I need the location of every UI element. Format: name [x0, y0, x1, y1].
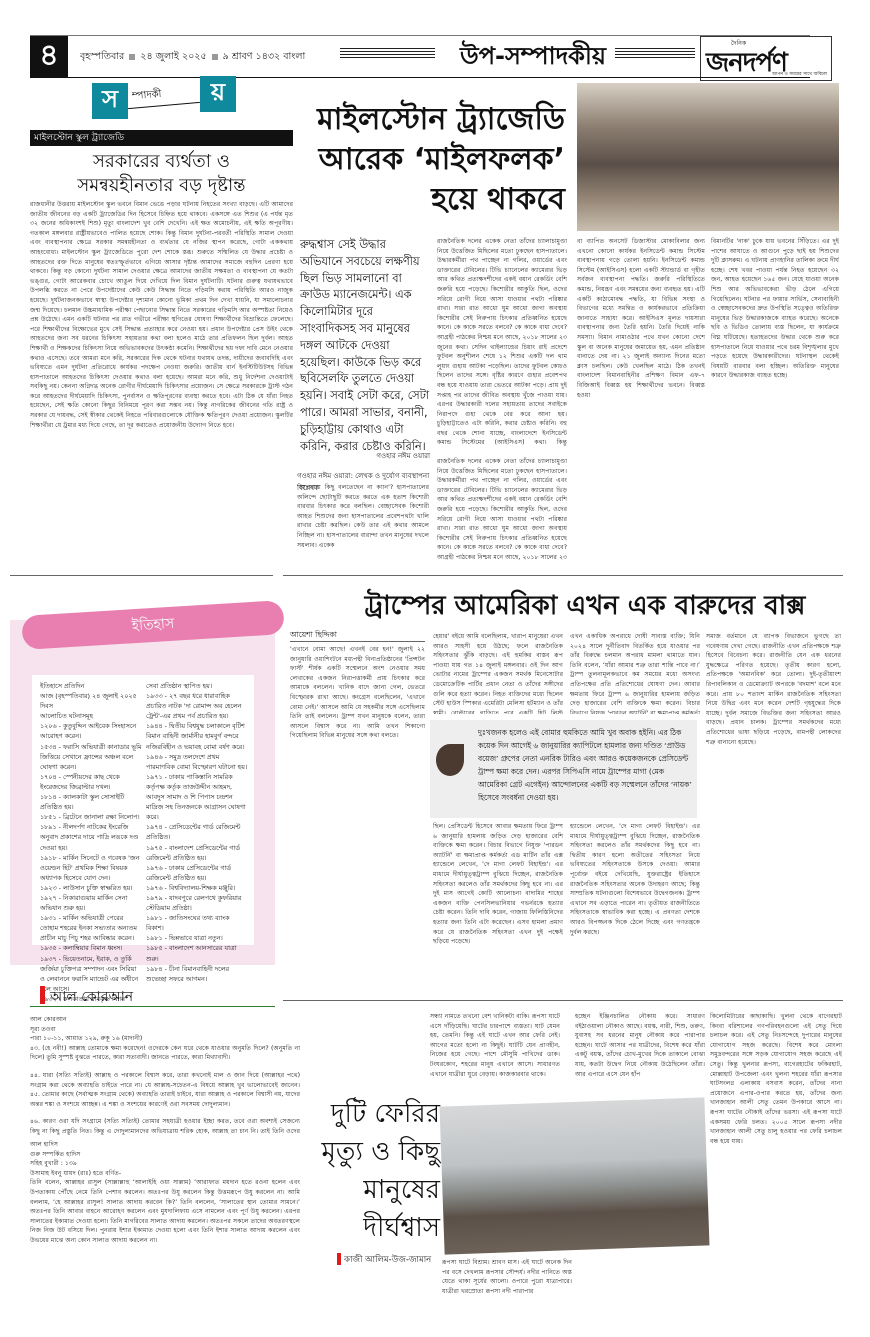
section-title: উপ-সম্পাদকীয়: [460, 38, 606, 78]
history-entry: ১৯৮১ - ভিন্নভাবে যাত্রা নতুন।: [146, 933, 249, 943]
history-entry: ১৯৭৬ - বিশ্ববিদ্যালয়-শিক্ষক মঞ্জুরি।: [146, 883, 249, 893]
date-bangla: ৯ শ্রাবণ ১৪৩২ বাংলা: [223, 51, 306, 62]
ferry-headline-line1: দুটি ফেরির: [300, 1095, 440, 1133]
history-column-1: ইতিহাসে প্রতিদিনআজ (বৃহস্পতিবার) ২৪ জুলা…: [40, 681, 143, 1004]
history-entry: ১৯৩৫ - কলাম্বিয়ার বিমান ধ্বংস।: [40, 943, 143, 953]
hadith-line: তিনি বলেন, আল্লাহর রাসুল (সাল্লাল্লাহু ‘…: [30, 1178, 300, 1245]
hadith-line: উসামাহ ইবনু যায়দ (রাঃ) হতে বর্ণিত-: [30, 1169, 300, 1179]
ferry-headline: দুটি ফেরির মৃত্যু ও কিছু মানুষের দীর্ঘশ্…: [300, 1095, 440, 1247]
history-entry: ১৯১৮ - মার্কিন সিনেটে ও গবেষক 'জন ওয়েল্…: [40, 853, 143, 883]
quran-red-marker: [40, 986, 45, 1004]
history-entry: ১৯৩৩ - ২৭ বছর ধরে ধারাবাহিক প্রচারিত নাট…: [146, 691, 249, 721]
history-inner: ইতিহাসে প্রতিদিনআজ (বৃহস্পতিবার) ২৪ জুলা…: [32, 675, 254, 945]
editorial-body: রাজধানীর উত্তরায় মাইলস্টোন স্কুল ভবনে ব…: [30, 200, 293, 553]
history-entry: ইতিহাসে প্রতিদিন: [40, 681, 143, 691]
hadith-line: গুরু সম্পর্কিত হাদিস: [30, 1150, 300, 1160]
crash-site-photo: [577, 83, 839, 231]
trump-quote-text: দুঃখজনক হলেও এই বোমার হুমকিতে আমি খুব অব…: [478, 726, 693, 804]
ferry-column-2: হচ্ছেন ইঞ্জিনচালিত নৌকায় করে। সাধারণ বই…: [575, 1012, 705, 1094]
feature-bottom-rule: [283, 575, 843, 576]
separator-square-icon: [212, 54, 218, 60]
quran-line: পারা ১০-১১, আয়াত ১২৯, রুকূ ১৬ (মাদানী): [30, 1034, 300, 1044]
history-entry: ১৯৪৪ - দ্বিতীয় বিশ্বযুদ্ধ চলাকালে বৃটিশ…: [146, 721, 249, 751]
hadith-line: আল হাদিস: [30, 1140, 300, 1150]
history-entry: সেবা প্রতিষ্ঠান স্থাপিত হয়।: [146, 681, 249, 691]
header-stripes-left: [340, 48, 435, 58]
feature-column-4: বিমানটির 'নাক' ঢুকে যায় ভবনের সিঁড়িতে।…: [711, 237, 839, 562]
trump-column-3: এখন একাধিক অপরাধে দোষী সাব্যস্ত ব্যক্তি;…: [570, 632, 700, 714]
history-entry: আজ (বৃহস্পতিবার) ২৪ জুলাই ২০২৫ দিবস: [40, 691, 143, 711]
history-entry: ১৮১৪ - ক্যালকাটা স্কুল সোসাইটি প্রতিষ্ঠি…: [40, 792, 143, 812]
history-entry: ১৯৪৬ - সমুদ্র তলদেশে প্রথম পারমাণবিক বোম…: [146, 752, 249, 772]
editorial-bottom-rule: [10, 575, 273, 576]
trump-column-4: সমাজ বর্তমানে যে ব্যাপক বিভাজনে ভুগছে তা…: [706, 632, 841, 987]
pull-quote-byline: গওহার নঈম ওয়ারা: [300, 450, 430, 462]
ferry-byline-marker: [337, 1253, 341, 1265]
feature-headline-line2: আরেক ‘মাইলফলক’: [300, 140, 565, 180]
history-entry: ১৮৯১ - নীলদর্পণ নাটকের ইংরেজি অনুবাদ প্র…: [40, 822, 143, 852]
header-bottom-rule: [30, 77, 810, 78]
editorial-badge-left: স: [92, 83, 128, 119]
history-box: ইতিহাস ইতিহাসে প্রতিদিনআজ (বৃহস্পতিবার) …: [10, 620, 275, 965]
history-entry: ১৮৫১ - ব্রিটেনে জানালা রক্ষা নিলোপ।: [40, 812, 143, 822]
feature-column-3: বা ব্যাপিত অনসেট ডিজাস্টার মোকাবিলার জন্…: [577, 237, 705, 562]
quran-line: আল কোরআন: [30, 1015, 300, 1025]
trump-column-5: ছিল। প্রেসিডেন্ট হিসেবে আবার ক্ষমতায় ফি…: [433, 822, 563, 987]
quran-line: ৪৩. (হে নবী!) আল্লাহ তোমাকে ক্ষমা করেছেন…: [30, 1044, 300, 1063]
ferry-column-1: সন্ধ্যা নামতে তখনো বেশ খানিকটা বাকি। রূপ…: [430, 1012, 560, 1092]
editorial-kicker: মাইলস্টোন স্কুল ট্র্যাজেডি: [30, 130, 293, 146]
trump-byline-rule: [290, 641, 425, 642]
history-entry: ১৫৩৪ - ফরাসি অভিযাত্রী কানাডার ভূমি জিত্…: [40, 742, 143, 772]
history-entry: ১৯৭৬ - ঢাকায় প্রেসিডেন্টের গার্ড রেজিমে…: [146, 863, 249, 883]
history-entry: ১২০৬ - কুতুবুদ্দিন আইবেক সিংহাসনে আরোহণ …: [40, 721, 143, 741]
separator-square-icon: [129, 54, 135, 60]
history-entry: ১৯২৭ - নিকারাগুয়ায় মার্কিন সেনা অভিযান…: [40, 893, 143, 913]
history-entry: ১৭০৪ - স্পেনীয়দের কাছ থেকে ইংরেজদের জিব…: [40, 772, 143, 792]
trump-column-2: হেয়ার' বইয়ে আমি বলেছিলাম, খারাপ মানুষে…: [433, 632, 563, 714]
day: বৃহস্পতিবার: [80, 51, 124, 62]
masthead-logo[interactable]: দৈনিক জনদর্পণ আপন ও সময়ের সাথে অবিচল: [700, 36, 832, 81]
ferry-headline-line4: দীর্ঘশ্বাস: [300, 1209, 440, 1247]
date-english: ২৪ জুলাই ২০২৫: [140, 51, 206, 62]
history-entry: ১৯৩১ - মার্কিন অভিযাত্রী পেরের তোহাম শহর…: [40, 913, 143, 943]
feature-pull-quote: রুদ্ধশ্বাস সেই উদ্ধার অভিযানে সবচেয়ে লক…: [300, 237, 430, 447]
feature-headline-line3: হয়ে থাকবে: [300, 180, 565, 220]
editorial-badge-right: য়: [200, 76, 236, 112]
quran-line: ৪৪. যারা (সত্যি সত্যিই) আল্লাহ ও পরকালে …: [30, 1071, 300, 1109]
header-top-rule: [30, 35, 810, 36]
editorial-headline: সরকারের ব্যর্থতা ও সমন্বয়হীনতার বড় দৃষ…: [30, 150, 293, 198]
history-entry: ১৯৭৯ - যাদবপুরে রেলপথে কুফরিয়ার স্টেডিয…: [146, 893, 249, 913]
logo-text: জনদর্পণ: [706, 42, 787, 86]
editorial-headline-line1: সরকারের ব্যর্থতা ও: [30, 150, 293, 174]
history-banner: ইতিহাস: [21, 600, 285, 650]
feature-column-2: রাজনৈতিক দলের একেক নেতা তাঁদের চ্যালাচাম…: [437, 237, 567, 447]
quran-line: ৪৬. কারণ ওরা যদি সংগ্রামে (সত্যি সত্যিই)…: [30, 1117, 300, 1135]
trump-pull-quote: দুঃখজনক হলেও এই বোমার হুমকিতে আমি খুব অব…: [430, 720, 697, 818]
ferry-byline: কাজী আলিম-উজ-জামান: [344, 1253, 431, 1267]
history-entry: ১৯৭৪ - প্রেসিডেন্টের গার্ড রেজিমেন্ট প্র…: [146, 822, 249, 842]
hadith-line: সহিহ বুখারী : ১৩৯: [30, 1159, 300, 1169]
history-entry: আলোচিত ঘটনাসমূহ: [40, 711, 143, 721]
history-entry: ১৯২৩ - লাউসান চুক্তি স্বাক্ষরিত হয়।: [40, 883, 143, 893]
quote-mark-icon: [436, 744, 464, 776]
history-entry: ১৯৭৫ - বাংলাদেশ প্রেসিডেন্টের গার্ড রেজি…: [146, 843, 249, 863]
ferry-photo: [439, 1097, 709, 1254]
header-stripes-right: [615, 48, 695, 58]
ferry-caption: রূপসা ঘাটে বিশ্রাম। শ্রাবণ মাস। এই ঘাটে …: [442, 1258, 572, 1318]
trump-bottom-rule: [283, 1000, 843, 1001]
feature-column-2b: রাজনৈতিক দলের একেক নেতা তাঁদের চ্যালাচাম…: [437, 457, 567, 562]
editorial-badge-mid: ম্পাদকী: [131, 87, 162, 106]
quran-line: সূরা তওবা: [30, 1025, 300, 1035]
history-entry: ১৯৭১ - ঢাকায় পাকিস্তানি সামরিক কর্তৃপক্…: [146, 772, 249, 822]
history-entry: ১৯৮৪ - চীনা বিমানবাহিনী দলের শুভেচ্ছা সফ…: [146, 964, 249, 984]
page-number: ৪: [30, 35, 68, 77]
trump-headline: ট্রাম্পের আমেরিকা এখন এক বারুদের বাক্স: [325, 585, 845, 629]
feature-headline-line1: মাইলস্টোন ট্র্যাজেডি: [300, 100, 565, 140]
feature-headline: মাইলস্টোন ট্র্যাজেডি আরেক ‘মাইলফলক’ হয়ে…: [300, 100, 565, 220]
history-column-2: সেবা প্রতিষ্ঠান স্থাপিত হয়।১৯৩৩ - ২৭ বছ…: [146, 681, 249, 984]
editorial-headline-line2: সমন্বয়হীনতার বড় দৃষ্টান্ত: [30, 174, 293, 198]
feature-column-1: 'আপনারা কিছু বলতেছেন না ক্যান'? হাসপাতাল…: [297, 483, 429, 560]
quran-title-rule: [30, 1006, 275, 1007]
ferry-headline-line2: মৃত্যু ও কিছু: [300, 1133, 440, 1171]
ferry-headline-line3: মানুষের: [300, 1171, 440, 1209]
ferry-column-3: কিলোমিটারের কাছাকাছি। খুলনা থেকে বাগেরহা…: [710, 1012, 842, 1327]
dateline: বৃহস্পতিবার২৪ জুলাই ২০২৫৯ শ্রাবণ ১৪৩২ বা…: [80, 50, 305, 65]
history-entry: ১৯৮১ - জাতিসংঘের তথ্য ব্যাংক বিকাশ।: [146, 913, 249, 933]
history-entry: ১৯৮৫ - বাংলাদেশ আনসারের যাত্রা শুরু।: [146, 943, 249, 963]
quran-body: আল কোরআনসূরা তওবাপারা ১০-১১, আয়াত ১২৯, …: [30, 1015, 300, 1135]
trump-column-6: হ্যান্ডেলে লেখেন, 'দে মাগা লেফট বিহাইন্ড…: [570, 822, 700, 987]
hadith-body: আল হাদিসগুরু সম্পর্কিত হাদিসসহিহ বুখারী …: [30, 1140, 300, 1330]
